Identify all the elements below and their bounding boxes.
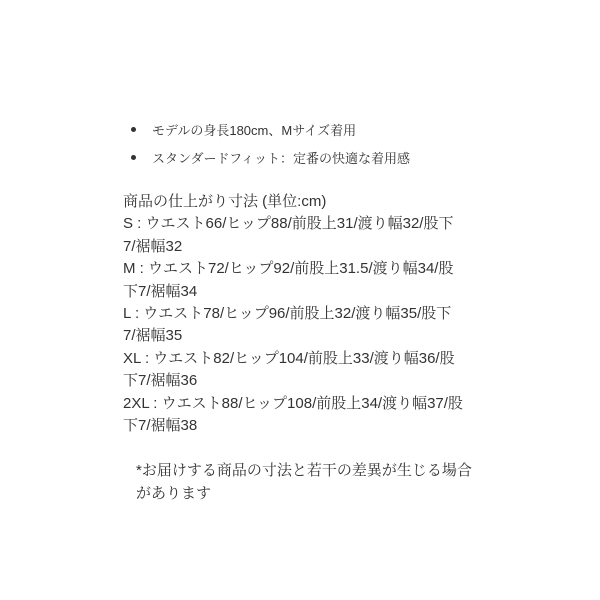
size-spec-section: 商品の仕上がり寸法 (単位:cm) S : ウエスト66/ヒップ88/前股上31… <box>123 191 463 437</box>
size-spec-heading: 商品の仕上がり寸法 (単位:cm) <box>123 191 463 213</box>
bullet-icon <box>131 155 136 160</box>
size-spec-line-xl-wrap: 下7/裾幅36 <box>123 370 463 392</box>
note-line: *お届けする商品の寸法と若干の差異が生じる場合 <box>136 459 472 482</box>
size-spec-line-s: S : ウエスト66/ヒップ88/前股上31/渡り幅32/股下 <box>123 213 463 235</box>
bullet-icon <box>131 127 136 132</box>
size-spec-line-m-wrap: 下7/裾幅34 <box>123 281 463 303</box>
size-note: *お届けする商品の寸法と若干の差異が生じる場合 があります <box>136 459 472 505</box>
product-description-page: モデルの身長180cm、Mサイズ着用 スタンダードフィット：定番の快適な着用感 … <box>0 0 600 600</box>
size-spec-line-l: L : ウエスト78/ヒップ96/前股上32/渡り幅35/股下 <box>123 303 463 325</box>
feature-bullet-text: スタンダードフィット：定番の快適な着用感 <box>152 148 410 167</box>
size-spec-line-2xl-wrap: 下7/裾幅38 <box>123 415 463 437</box>
size-spec-line-s-wrap: 7/裾幅32 <box>123 236 463 258</box>
size-spec-line-l-wrap: 7/裾幅35 <box>123 325 463 347</box>
note-line-wrap: があります <box>136 482 472 505</box>
feature-bullet-item: スタンダードフィット：定番の快適な着用感 <box>131 144 410 172</box>
size-spec-line-xl: XL : ウエスト82/ヒップ104/前股上33/渡り幅36/股 <box>123 348 463 370</box>
size-spec-line-m: M : ウエスト72/ヒップ92/前股上31.5/渡り幅34/股 <box>123 258 463 280</box>
feature-bullet-list: モデルの身長180cm、Mサイズ着用 スタンダードフィット：定番の快適な着用感 <box>131 116 410 171</box>
feature-bullet-item: モデルの身長180cm、Mサイズ着用 <box>131 116 410 144</box>
feature-bullet-text: モデルの身長180cm、Mサイズ着用 <box>152 120 356 139</box>
size-spec-line-2xl: 2XL : ウエスト88/ヒップ108/前股上34/渡り幅37/股 <box>123 393 463 415</box>
